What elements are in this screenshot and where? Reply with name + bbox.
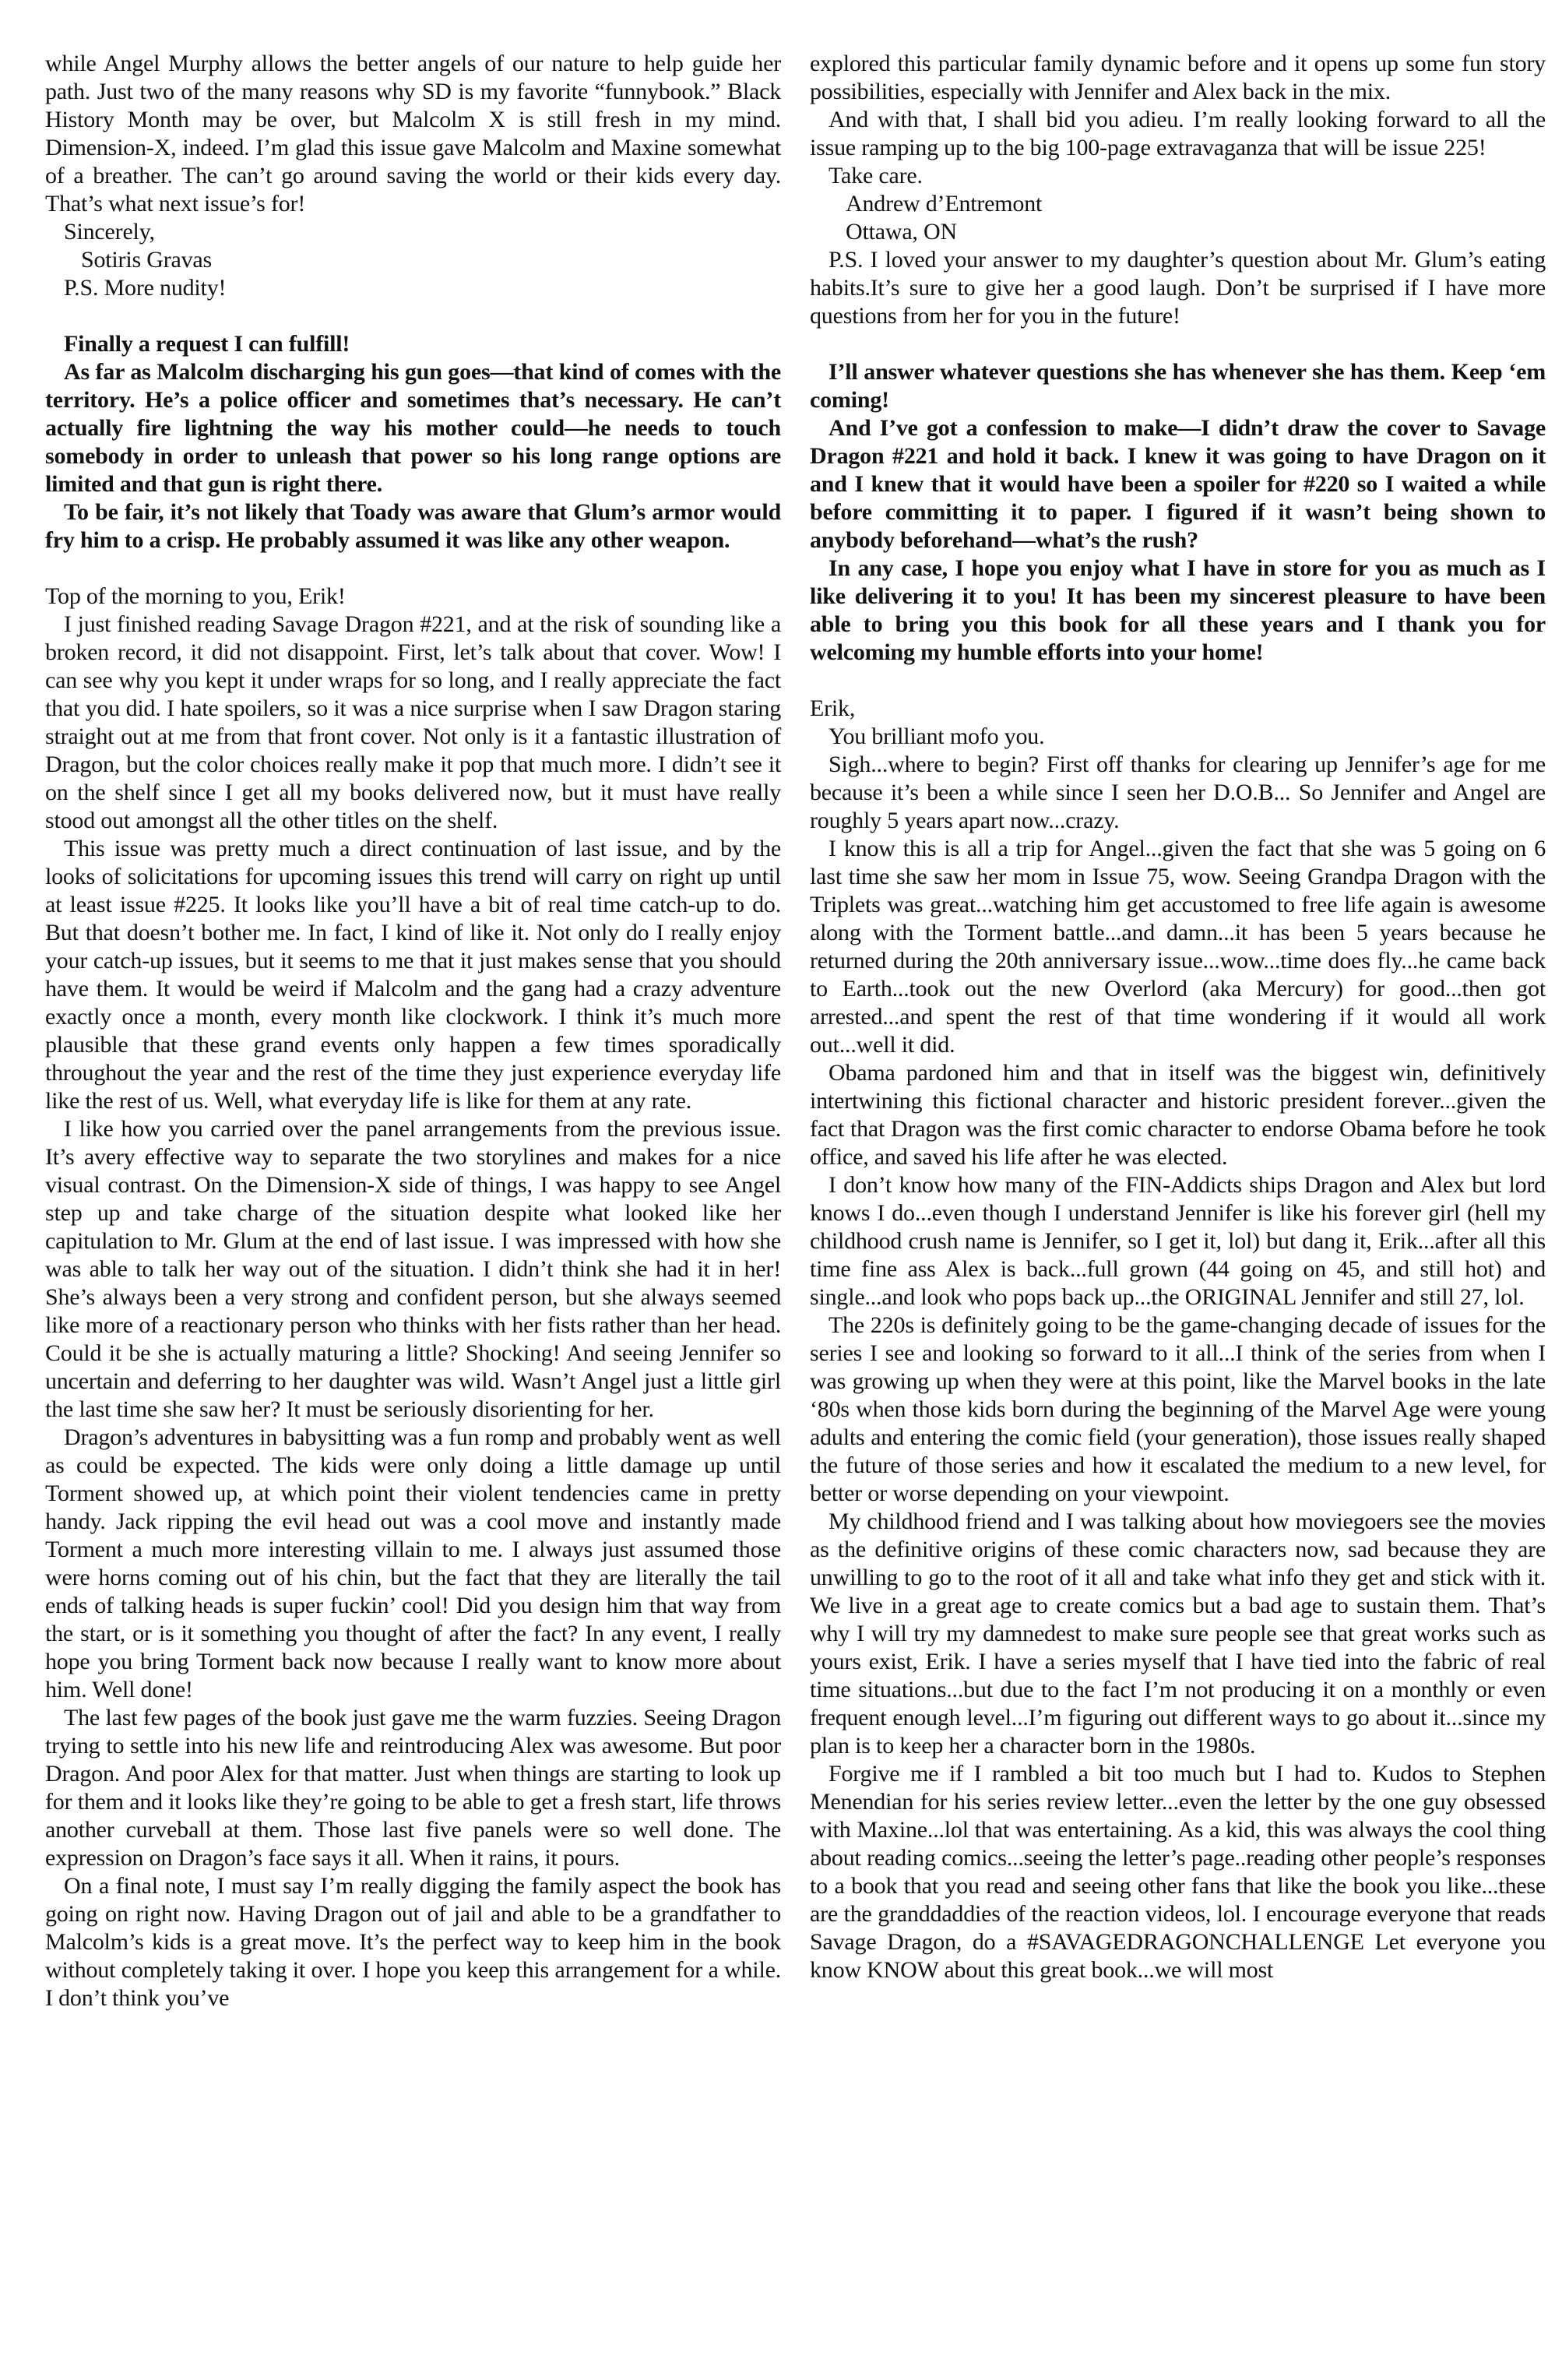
letter-paragraph: This issue was pretty much a direct cont… <box>45 835 781 1115</box>
paragraph-gap <box>810 667 1546 695</box>
letter-paragraph: I just finished reading Savage Dragon #2… <box>45 611 781 835</box>
letter-paragraph: And with that, I shall bid you adieu. I’… <box>810 106 1546 162</box>
paragraph-gap <box>810 330 1546 358</box>
letter-paragraph: My childhood friend and I was talking ab… <box>810 1508 1546 1760</box>
right-column: explored this particular family dynamic … <box>810 50 1546 2012</box>
signature-line: Andrew d’Entremont <box>810 190 1546 218</box>
letter-paragraph: while Angel Murphy allows the better ang… <box>45 50 781 218</box>
editor-reply-paragraph: Finally a request I can fulfill! <box>45 330 781 358</box>
signature-line: Sotiris Gravas <box>45 246 781 274</box>
two-column-layout: while Angel Murphy allows the better ang… <box>45 50 1548 2012</box>
signature-line: Take care. <box>810 162 1546 190</box>
editor-reply-paragraph: I’ll answer whatever questions she has w… <box>810 358 1546 414</box>
letter-paragraph: Top of the morning to you, Erik! <box>45 583 781 611</box>
letter-paragraph: The last few pages of the book just gave… <box>45 1704 781 1872</box>
letter-paragraph: I like how you carried over the panel ar… <box>45 1115 781 1424</box>
paragraph-gap <box>45 555 781 583</box>
letter-paragraph: P.S. I loved your answer to my daughter’… <box>810 246 1546 330</box>
paragraph-gap <box>45 302 781 330</box>
signature-line: Ottawa, ON <box>810 218 1546 246</box>
signature-line: Sincerely, <box>45 218 781 246</box>
letter-paragraph: I don’t know how many of the FIN-Addicts… <box>810 1171 1546 1311</box>
left-column: while Angel Murphy allows the better ang… <box>45 50 781 2012</box>
letter-paragraph: The 220s is definitely going to be the g… <box>810 1311 1546 1508</box>
editor-reply-paragraph: As far as Malcolm discharging his gun go… <box>45 358 781 498</box>
letter-paragraph: Obama pardoned him and that in itself wa… <box>810 1059 1546 1171</box>
letter-paragraph: Forgive me if I rambled a bit too much b… <box>810 1760 1546 1984</box>
letter-paragraph: Sigh...where to begin? First off thanks … <box>810 751 1546 835</box>
editor-reply-paragraph: To be fair, it’s not likely that Toady w… <box>45 498 781 555</box>
editor-reply-paragraph: In any case, I hope you enjoy what I hav… <box>810 555 1546 667</box>
editor-reply-paragraph: And I’ve got a confession to make—I didn… <box>810 414 1546 555</box>
letter-paragraph: You brilliant mofo you. <box>810 723 1546 751</box>
letter-paragraph: Erik, <box>810 695 1546 723</box>
letter-paragraph: On a final note, I must say I’m really d… <box>45 1872 781 2012</box>
signature-line: P.S. More nudity! <box>45 274 781 302</box>
letter-paragraph: I know this is all a trip for Angel...gi… <box>810 835 1546 1059</box>
letters-page: while Angel Murphy allows the better ang… <box>0 0 1548 2380</box>
letter-paragraph: explored this particular family dynamic … <box>810 50 1546 106</box>
letter-paragraph: Dragon’s adventures in babysitting was a… <box>45 1424 781 1704</box>
